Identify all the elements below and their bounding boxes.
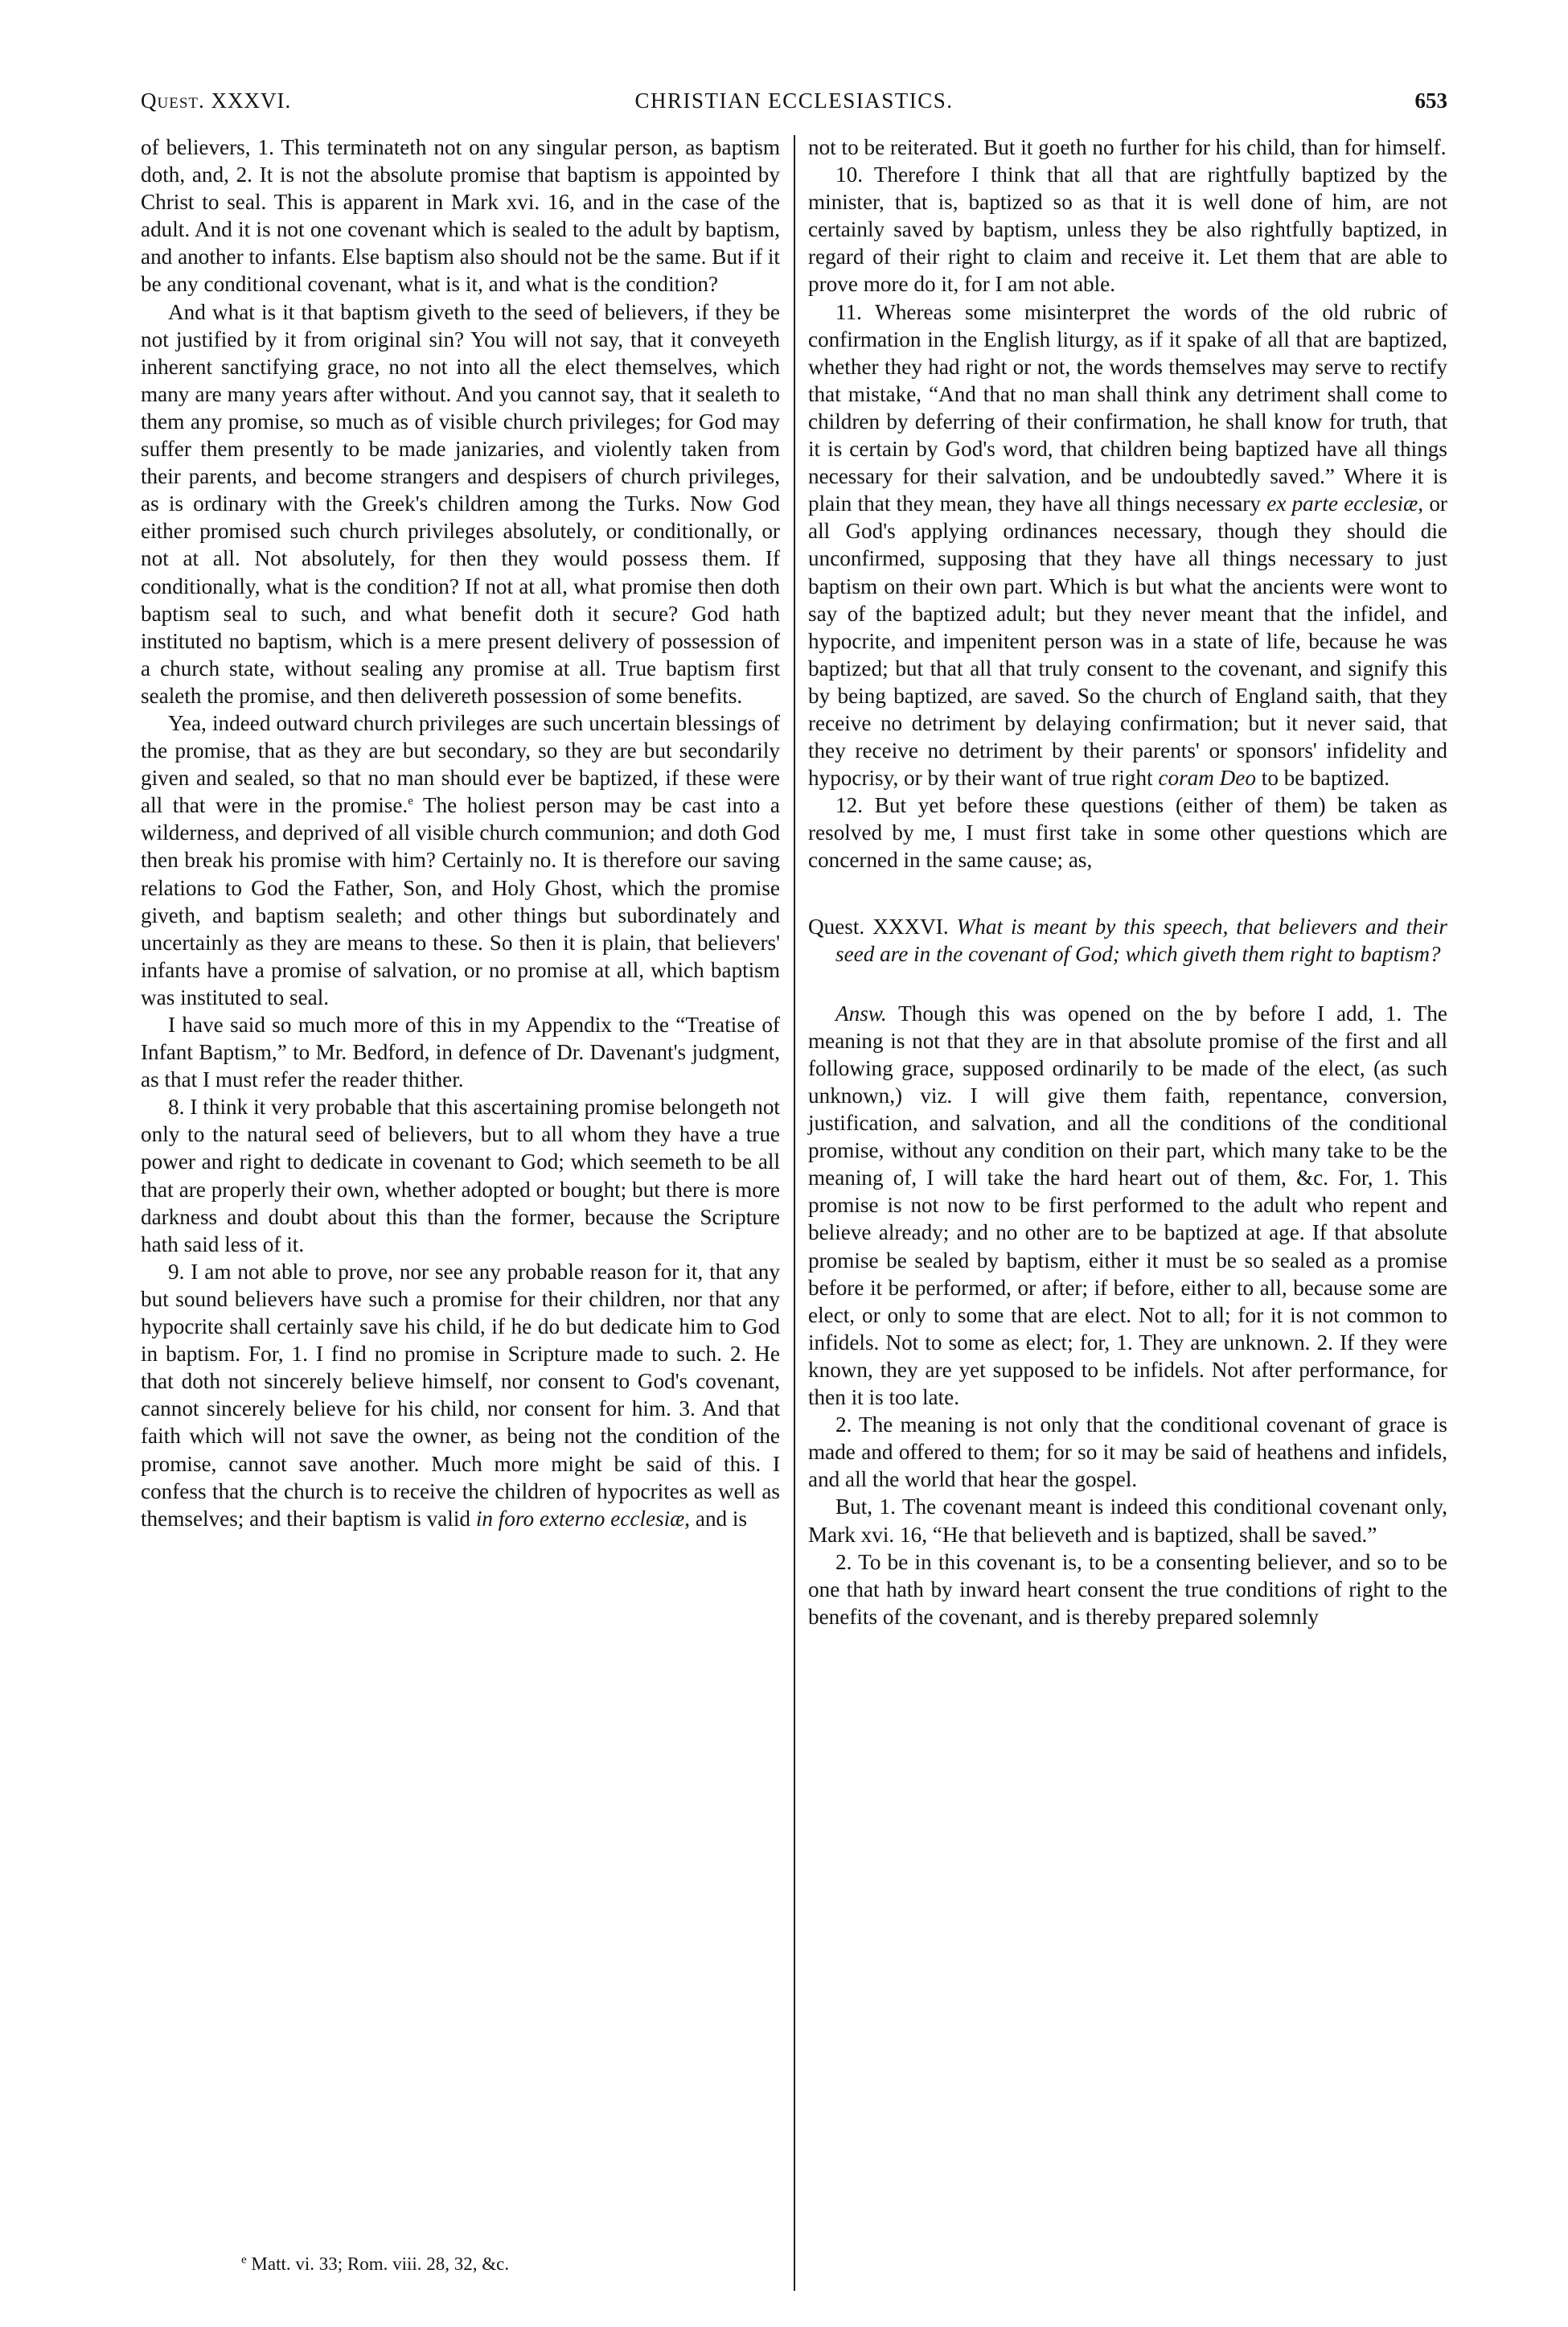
paragraph-text: The holiest person may be cast into a wi…: [141, 793, 780, 1009]
footnote: e Matt. vi. 33; Rom. viii. 28, 32, &c.: [241, 2252, 509, 2276]
latin-phrase: ex parte ecclesiæ: [1266, 491, 1418, 516]
paragraph: not to be reiterated. But it goeth no fu…: [808, 134, 1447, 161]
footnote-text: Matt. vi. 33; Rom. viii. 28, 32, &c.: [247, 2254, 509, 2274]
left-column: of believers, 1. This terminateth not on…: [141, 134, 780, 1532]
paragraph: 11. Whereas some misinterpret the words …: [808, 298, 1447, 792]
paragraph: 9. I am not able to prove, nor see any p…: [141, 1258, 780, 1532]
paragraph-text: , or all God's applying ordinances neces…: [808, 491, 1447, 790]
answer-text: Though this was opened on the by before …: [808, 1001, 1447, 1409]
paragraph-text: to be baptized.: [1256, 766, 1389, 790]
paragraph: Yea, indeed outward church privileges ar…: [141, 709, 780, 1011]
paragraph: 12. But yet before these questions (eith…: [808, 791, 1447, 874]
question-label: Quest. XXXVI.: [808, 915, 949, 939]
paragraph-text: 11. Whereas some misinterpret the words …: [808, 300, 1447, 516]
paragraph: 10. Therefore I think that all that are …: [808, 161, 1447, 298]
running-head: Quest. XXXVI. CHRISTIAN ECCLESIASTICS. 6…: [141, 87, 1447, 114]
paragraph: I have said so much more of this in my A…: [141, 1011, 780, 1093]
footnote-mark: e: [241, 2253, 247, 2266]
paragraph: But, 1. The covenant meant is indeed thi…: [808, 1493, 1447, 1548]
page-number: 653: [1415, 87, 1448, 114]
answer-label: Answ.: [835, 1001, 887, 1026]
paragraph: And what is it that baptism giveth to th…: [141, 298, 780, 709]
running-head-title: CHRISTIAN ECCLESIASTICS.: [141, 87, 1447, 114]
paragraph-text: 9. I am not able to prove, nor see any p…: [141, 1260, 780, 1531]
paragraph: 2. To be in this covenant is, to be a co…: [808, 1548, 1447, 1630]
column-divider: [794, 135, 795, 2291]
paragraph: 2. The meaning is not only that the cond…: [808, 1411, 1447, 1493]
latin-phrase: in foro externo ecclesiæ: [476, 1507, 684, 1531]
answer-paragraph: Answ. Though this was opened on the by b…: [808, 1000, 1447, 1411]
paragraph-text: , and is: [684, 1507, 747, 1531]
footnote-reference[interactable]: e: [408, 795, 413, 808]
paragraph: 8. I think it very probable that this as…: [141, 1093, 780, 1258]
paragraph: of believers, 1. This terminateth not on…: [141, 134, 780, 298]
right-column: not to be reiterated. But it goeth no fu…: [808, 134, 1447, 1630]
question-heading: Quest. XXXVI. What is meant by this spee…: [808, 913, 1447, 968]
latin-phrase: coram Deo: [1158, 766, 1256, 790]
